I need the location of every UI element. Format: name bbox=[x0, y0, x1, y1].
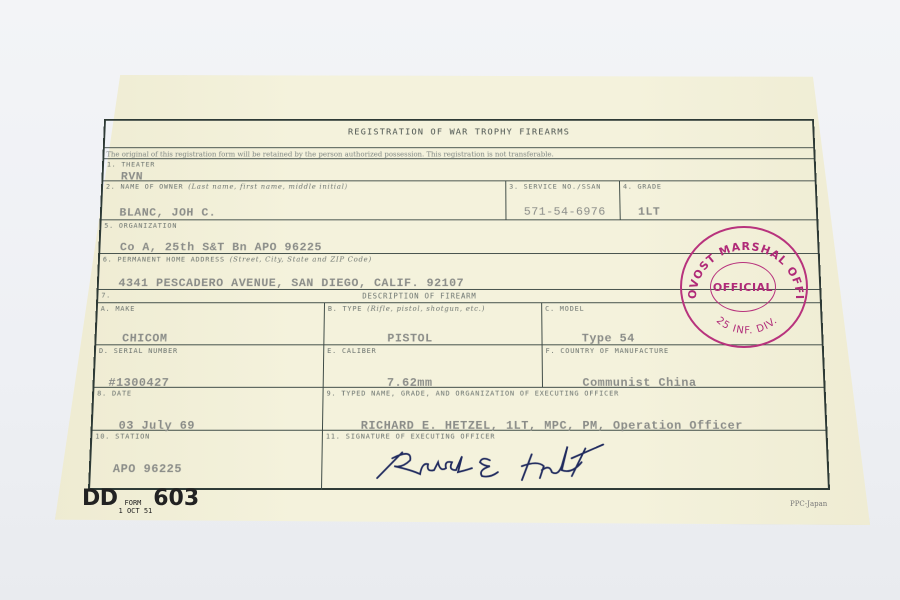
service-no-label: 3. SERVICE NO./SSAN bbox=[509, 183, 601, 190]
type-label: b. TYPE (Rifle, pistol, shotgun, etc.) bbox=[328, 305, 485, 313]
organization-value: Co A, 25th S&T Bn APO 96225 bbox=[120, 241, 322, 254]
caliber-cell: e. CALIBER 7.62mm bbox=[324, 345, 543, 387]
serial-label: d. SERIAL NUMBER bbox=[99, 347, 178, 355]
station-label: 10. STATION bbox=[95, 433, 150, 441]
organization-label: 5. ORGANIZATION bbox=[104, 222, 177, 229]
notice-row: The original of this registration form w… bbox=[104, 148, 813, 159]
make-value: CHICOM bbox=[122, 332, 168, 345]
country-label: f. COUNTRY OF MANUFACTURE bbox=[546, 347, 669, 355]
theater-label: 1. THEATER bbox=[107, 161, 156, 168]
owner-name-label: 2. NAME OF OWNER (Last name, first name,… bbox=[106, 183, 348, 190]
date-officer-row: 8. DATE 03 July 69 9. TYPED NAME, GRADE,… bbox=[93, 388, 826, 431]
provost-marshal-stamp: PROVOST MARSHAL OFFICE 25 INF. DIV. OFFI… bbox=[680, 226, 808, 348]
theater-row: 1. THEATER RVN bbox=[103, 159, 814, 181]
station-cell: 10. STATION APO 96225 bbox=[90, 431, 323, 490]
form-date: 1 OCT 51 bbox=[119, 507, 153, 515]
date-label: 8. DATE bbox=[97, 390, 132, 398]
svg-text:25 INF. DIV.: 25 INF. DIV. bbox=[714, 315, 780, 336]
grade-label: 4. GRADE bbox=[623, 183, 662, 190]
station-value: APO 96225 bbox=[113, 462, 183, 476]
description-number: 7. bbox=[101, 292, 111, 300]
form-prefix: DD bbox=[82, 486, 118, 511]
officer-label: 9. TYPED NAME, GRADE, AND ORGANIZATION O… bbox=[326, 390, 619, 398]
type-value: PISTOL bbox=[387, 332, 432, 345]
form-title-row: REGISTRATION OF WAR TROPHY FIREARMS bbox=[105, 121, 814, 148]
firearm-row-2: d. SERIAL NUMBER #1300427 e. CALIBER 7.6… bbox=[94, 345, 823, 388]
service-no-cell: 3. SERVICE NO./SSAN 571-54-6976 bbox=[506, 181, 620, 219]
form-meta: FORM 1 OCT 51 bbox=[119, 499, 153, 515]
owner-name-cell: 2. NAME OF OWNER (Last name, first name,… bbox=[102, 181, 507, 219]
make-label: a. MAKE bbox=[101, 305, 136, 313]
make-cell: a. MAKE CHICOM bbox=[96, 303, 325, 344]
description-title: DESCRIPTION OF FIREARM bbox=[362, 292, 476, 301]
form-number: 603 bbox=[153, 486, 199, 511]
signature-label: 11. SIGNATURE OF EXECUTING OFFICER bbox=[326, 433, 496, 441]
station-signature-row: 10. STATION APO 96225 11. SIGNATURE OF E… bbox=[90, 431, 828, 490]
model-value: Type 54 bbox=[582, 332, 635, 345]
form-word: FORM bbox=[119, 499, 153, 507]
type-cell: b. TYPE (Rifle, pistol, shotgun, etc.) P… bbox=[324, 303, 542, 344]
home-address-value: 4341 PESCADERO AVENUE, SAN DIEGO, CALIF.… bbox=[118, 277, 464, 290]
stamp-center: OFFICIAL bbox=[710, 262, 776, 312]
caliber-label: e. CALIBER bbox=[327, 347, 376, 355]
owner-name-value: BLANC, JOH C. bbox=[119, 206, 216, 219]
printer-mark: PPC-Japan bbox=[790, 500, 827, 508]
service-no-value: 571-54-6976 bbox=[524, 205, 606, 218]
serial-cell: d. SERIAL NUMBER #1300427 bbox=[94, 345, 324, 387]
owner-row: 2. NAME OF OWNER (Last name, first name,… bbox=[102, 181, 817, 220]
country-cell: f. COUNTRY OF MANUFACTURE Communist Chin… bbox=[543, 345, 824, 387]
signature-cell: 11. SIGNATURE OF EXECUTING OFFICER bbox=[322, 431, 828, 490]
date-cell: 8. DATE 03 July 69 bbox=[93, 388, 324, 430]
grade-value: 1LT bbox=[638, 205, 661, 218]
form-title: REGISTRATION OF WAR TROPHY FIREARMS bbox=[105, 121, 813, 137]
home-address-label: 6. PERMANENT HOME ADDRESS (Street, City,… bbox=[103, 256, 372, 264]
form-number-block: DD FORM 1 OCT 51 603 bbox=[82, 486, 199, 515]
signature-mark bbox=[372, 441, 642, 485]
model-label: c. MODEL bbox=[545, 305, 584, 313]
grade-cell: 4. GRADE 1LT bbox=[620, 181, 816, 219]
officer-cell: 9. TYPED NAME, GRADE, AND ORGANIZATION O… bbox=[323, 388, 825, 430]
